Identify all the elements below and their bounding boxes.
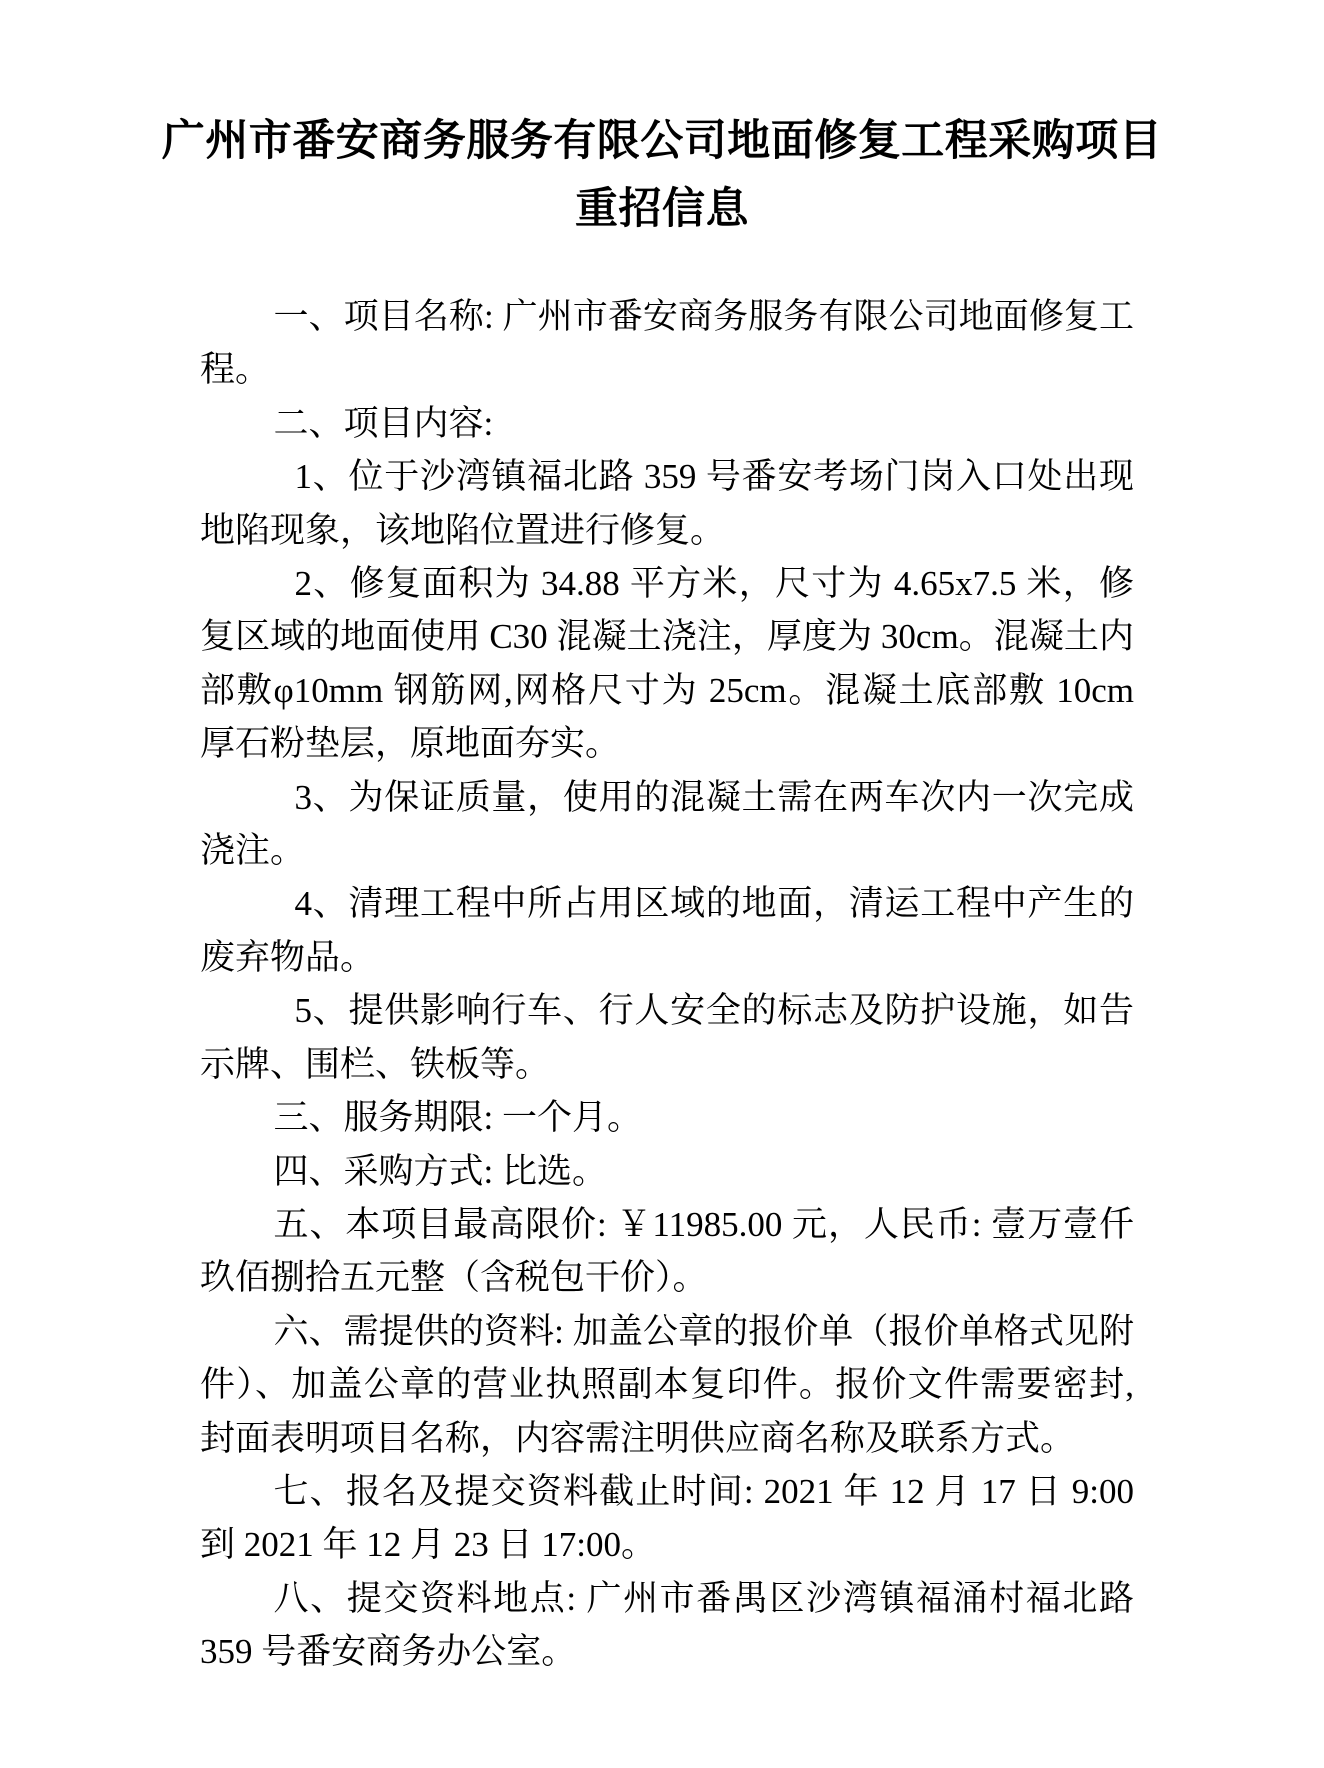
paragraph-project-content-heading: 二、项目内容: xyxy=(200,397,1134,450)
paragraph-content-item-2: 2、修复面积为 34.88 平方米，尺寸为 4.65x7.5 米，修复区域的地面… xyxy=(200,557,1134,771)
document-title-line-1: 广州市番安商务服务有限公司地面修复工程采购项目 xyxy=(0,108,1324,176)
paragraph-required-materials: 六、需提供的资料: 加盖公章的报价单（报价单格式见附件）、加盖公章的营业执照副本… xyxy=(200,1305,1134,1465)
paragraph-content-item-4: 4、清理工程中所占用区域的地面，清运工程中产生的废弃物品。 xyxy=(200,877,1134,984)
paragraph-procurement-method: 四、采购方式: 比选。 xyxy=(200,1145,1134,1198)
paragraph-price-limit: 五、本项目最高限价: ￥11985.00 元，人民币: 壹万壹仟玖佰捌拾五元整（… xyxy=(200,1198,1134,1305)
document-body: 一、项目名称: 广州市番安商务服务有限公司地面修复工程。 二、项目内容: 1、位… xyxy=(200,290,1134,1679)
paragraph-service-period: 三、服务期限: 一个月。 xyxy=(200,1091,1134,1144)
paragraph-content-item-3: 3、为保证质量，使用的混凝土需在两车次内一次完成浇注。 xyxy=(200,771,1134,878)
paragraph-project-name: 一、项目名称: 广州市番安商务服务有限公司地面修复工程。 xyxy=(200,290,1134,397)
document-title: 广州市番安商务服务有限公司地面修复工程采购项目 重招信息 xyxy=(0,0,1324,244)
paragraph-submission-address: 八、提交资料地点: 广州市番禺区沙湾镇福涌村福北路 359 号番安商务办公室。 xyxy=(200,1572,1134,1679)
paragraph-content-item-5: 5、提供影响行车、行人安全的标志及防护设施，如告示牌、围栏、铁板等。 xyxy=(200,984,1134,1091)
document-title-line-2: 重招信息 xyxy=(0,176,1324,244)
paragraph-deadline: 七、报名及提交资料截止时间: 2021 年 12 月 17 日 9:00 到 2… xyxy=(200,1465,1134,1572)
document-page: 广州市番安商务服务有限公司地面修复工程采购项目 重招信息 一、项目名称: 广州市… xyxy=(0,0,1324,1768)
paragraph-content-item-1: 1、位于沙湾镇福北路 359 号番安考场门岗入口处出现地陷现象，该地陷位置进行修… xyxy=(200,450,1134,557)
